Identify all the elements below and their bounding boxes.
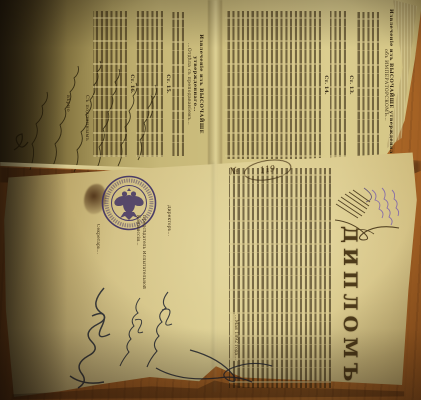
print-paragraph [172, 12, 184, 156]
signature-label-3-block: Секретарь… [89, 224, 100, 274]
pencil-script [364, 188, 399, 225]
article-14-label: Ст. 14. [323, 6, 328, 164]
signature-ink-3 [70, 288, 110, 388]
print-paragraph [136, 11, 163, 157]
signature-ink-2 [120, 298, 143, 366]
right-page-print-block: Извлеченіе изъ ВЫСОЧАЙШЕ утвержденнаго о… [224, 6, 396, 164]
ink-signatures [40, 280, 290, 400]
photograph-of-documents: Извлеченіе изъ ВЫСОЧАЙШЕ утвержденнаго… … [0, 0, 421, 400]
print-paragraph [225, 11, 321, 159]
left-page-print-block: Извлеченіе изъ ВЫСОЧАЙШЕ утвержденнаго… … [100, 8, 207, 160]
right-page-header-line1: Извлеченіе изъ ВЫСОЧАЙШЕ утвержденнаго [388, 6, 394, 164]
print-paragraph [330, 11, 346, 159]
left-page-header-line2: …Отдѣла съ преподаваніемъ… [186, 8, 192, 160]
article-13-label: Ст. 13. [348, 6, 353, 164]
diploma-title-block: ДИПЛОМЪ [336, 226, 364, 318]
signature-label-1-block: Директоръ… [152, 205, 171, 291]
signature-label-1: Директоръ… [165, 205, 171, 291]
article-15-label: Ст. 15. [165, 8, 170, 160]
signature-label-3: Секретарь… [94, 224, 100, 274]
right-page-header-line2: объ ИМПЕРАТОРСКОМЪ… [382, 6, 388, 164]
diploma-title: ДИПЛОМЪ [336, 226, 364, 318]
print-paragraph [355, 12, 379, 158]
left-page-header-line1: Извлеченіе изъ ВЫСОЧАЙШЕ утвержденнаго… [192, 8, 205, 160]
certification-line: Съ подлиннымъ вѣрно [89, 95, 101, 157]
article-16-label: Ст. 16. [129, 8, 134, 160]
signature-ink-1 [147, 292, 272, 382]
